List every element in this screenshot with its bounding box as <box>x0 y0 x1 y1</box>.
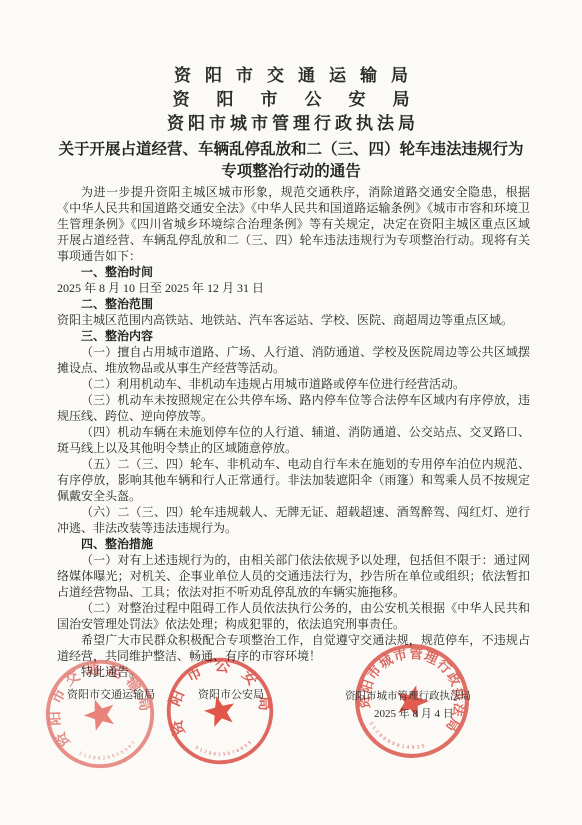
measures-item-1: （一）对有上述违规行为的，由相关部门依法依规予以处理，包括但不限于：通过网络媒体… <box>57 552 530 600</box>
section-scope-paragraph: 资阳主城区范围内高铁站、地铁站、汽车客运站、学校、医院、商超周边等重点区域。 <box>57 312 530 328</box>
agency-name-police: 资阳市公安局 <box>0 88 582 112</box>
svg-text:5120009014935: 5120009014935 <box>364 720 431 756</box>
content-item-6: （六）二（三、四）轮车违规载人、无牌无证、超载超速、酒驾醉驾、闯红灯、逆行冲逃、… <box>57 504 530 536</box>
section-heading-content: 三、整治内容 <box>57 328 530 344</box>
signature-transport-bureau: 资阳市交通运输局 <box>67 686 155 702</box>
document-title-line1: 关于开展占道经营、车辆乱停乱放和二（三、四）轮车违法违规行为 <box>0 139 582 161</box>
content-item-5: （五）二（三、四）轮车、非机动车、电动自行车未在施划的专用停车泊位内规范、有序停… <box>57 456 530 504</box>
document-title-line2: 专项整治行动的通告 <box>0 161 582 183</box>
seal-serial-number: 5120009014935 <box>364 720 431 756</box>
content-item-2: （二）利用机动车、非机动车违规占用城市道路或停车位进行经营活动。 <box>57 376 530 392</box>
section-time-paragraph: 2025 年 8 月 10 日至 2025 年 12 月 31 日 <box>57 280 530 296</box>
seal-serial-number: 5120029058907 <box>77 731 141 770</box>
closing-paragraph: 希望广大市民群众积极配合专项整治工作，自觉遵守交通法规，规范停车，不违规占道经营… <box>57 632 530 664</box>
measures-item-2: （二）对整治过程中阻碍工作人员依法执行公务的，由公安机关根据《中华人民共和国治安… <box>57 600 530 632</box>
signature-police-bureau: 资阳市公安局 <box>198 686 264 702</box>
signature-urban-management-bureau: 资阳市城市管理行政执法局 <box>345 688 471 703</box>
document-title: 关于开展占道经营、车辆乱停乱放和二（三、四）轮车违法违规行为 专项整治行动的通告 <box>0 139 582 183</box>
document-header: 资阳市交通运输局 资阳市公安局 资阳市城市管理行政执法局 关于开展占道经营、车辆… <box>0 0 582 183</box>
notice-page: 资阳市交通运输局 资阳市公安局 资阳市城市管理行政执法局 关于开展占道经营、车辆… <box>0 0 582 825</box>
svg-text:5120029058907: 5120029058907 <box>77 731 141 770</box>
section-heading-scope: 二、整治范围 <box>57 296 530 312</box>
content-item-1: （一）擅自占用城市道路、广场、人行道、消防通道、学校及医院周边等公共区域摆摊设点… <box>57 344 530 376</box>
agency-name-transport: 资阳市交通运输局 <box>0 64 582 88</box>
seal-serial-number: 5120029070859 <box>193 731 256 764</box>
content-item-3: （三）机动车未按照规定在公共停车场、路内停车位等合法停车区域内有序停放，违规压线… <box>57 392 530 424</box>
signature-date: 2025 年 8 月 4 日 <box>374 705 454 721</box>
document-body: 为进一步提升资阳主城区城市形象，规范交通秩序，消除道路交通安全隐患，根据《中华人… <box>57 184 530 680</box>
section-heading-measures: 四、整治措施 <box>57 536 530 552</box>
agency-name-urban-management: 资阳市城市管理行政执法局 <box>0 112 582 136</box>
final-note: 特此通告。 <box>57 664 530 680</box>
svg-text:5120029070859: 5120029070859 <box>193 731 256 764</box>
intro-paragraph: 为进一步提升资阳主城区城市形象，规范交通秩序，消除道路交通安全隐患，根据《中华人… <box>57 184 530 264</box>
content-item-4: （四）机动车辆在未施划停车位的人行道、辅道、消防通道、公交站点、交叉路口、斑马线… <box>57 424 530 456</box>
section-heading-time: 一、整治时间 <box>57 264 530 280</box>
